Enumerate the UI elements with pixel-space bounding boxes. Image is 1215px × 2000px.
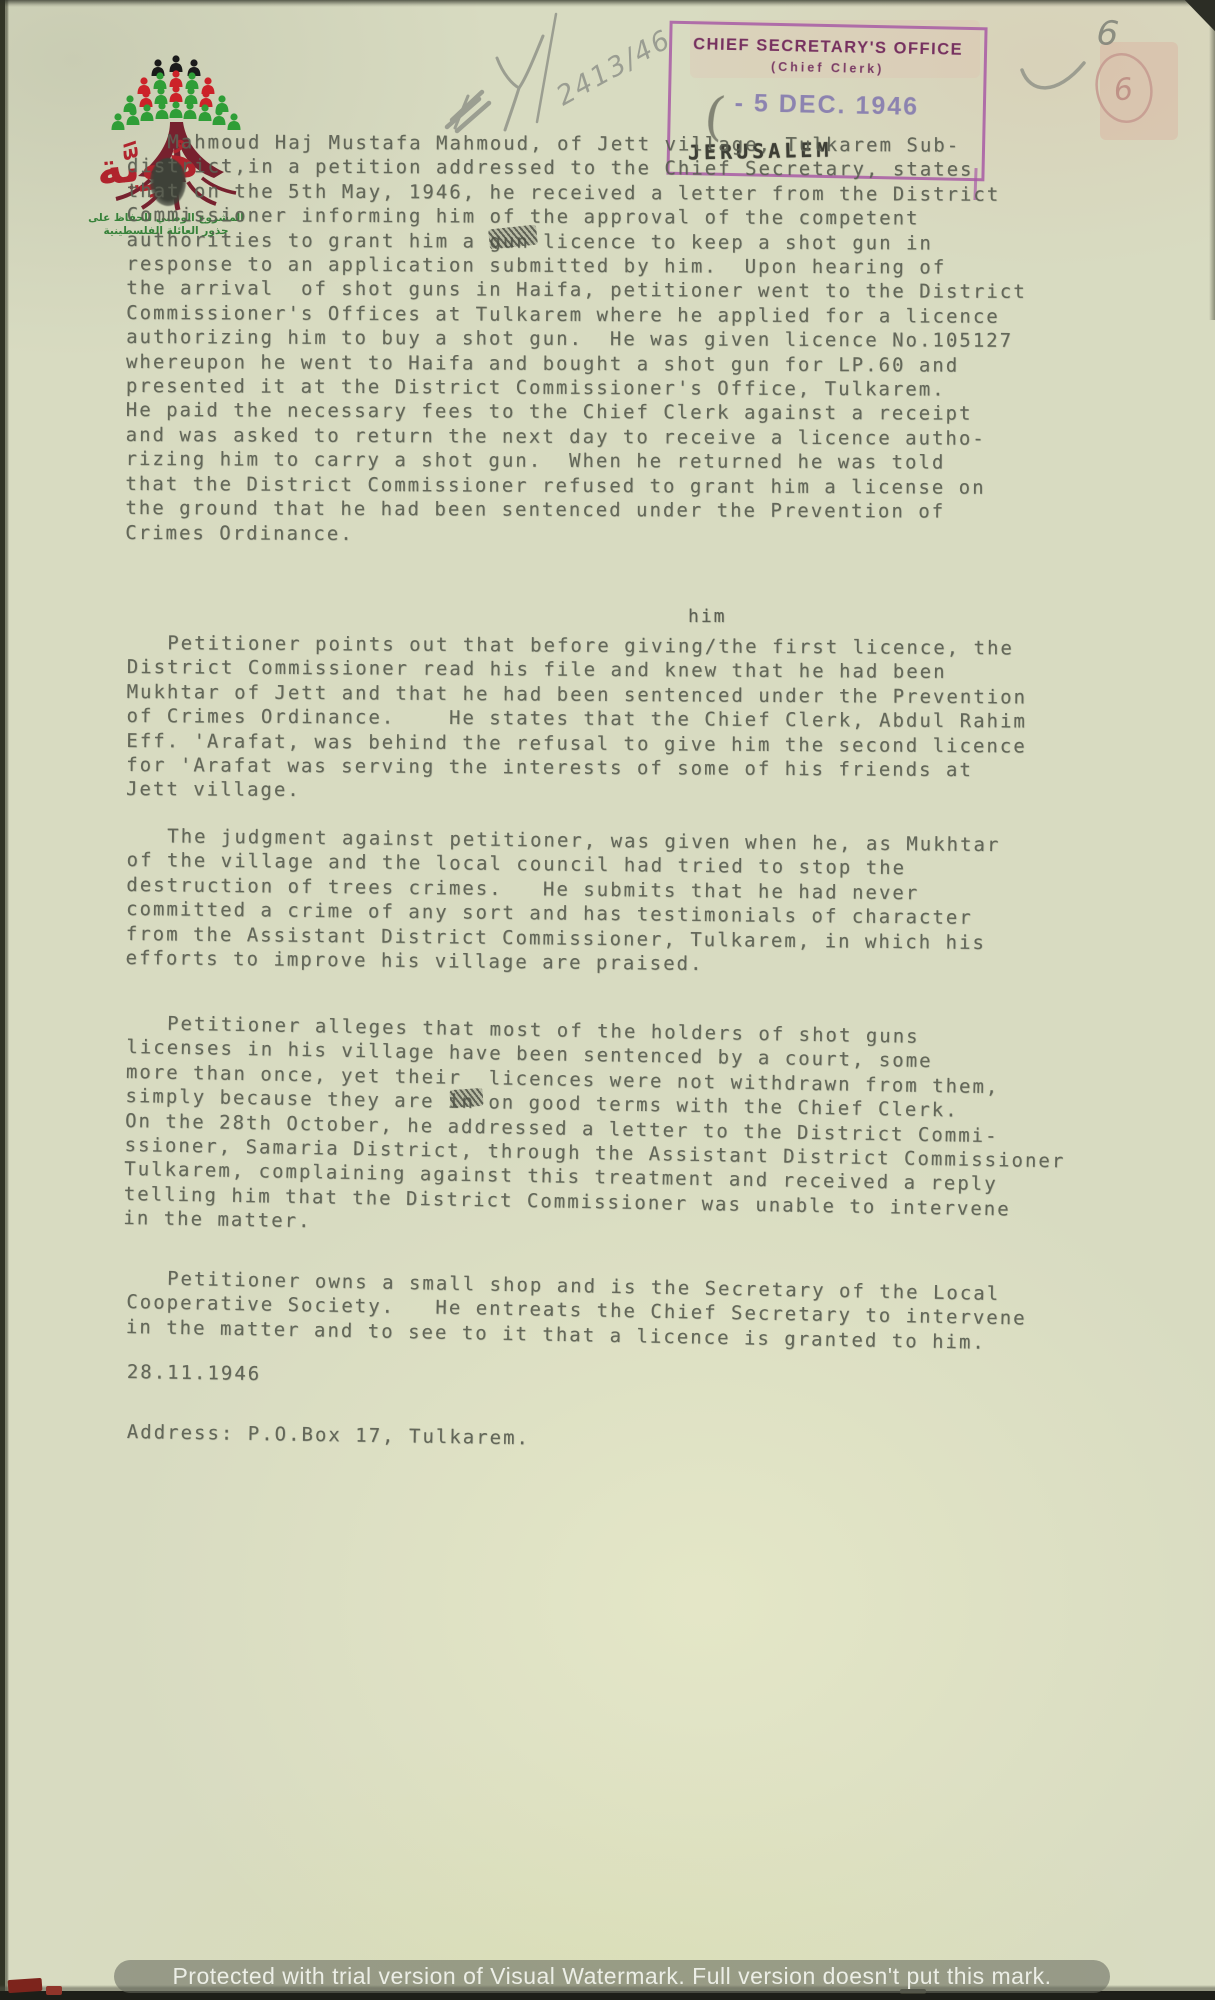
watermark-banner: Protected with trial version of Visual W… <box>114 1960 1110 1993</box>
page-number-pencil: 6 <box>1095 13 1121 55</box>
typed-paragraph-5: Petitioner owns a small shop and is the … <box>126 1266 1028 1356</box>
typed-paragraph-1: Mahmoud Haj Mustafa Mahmoud, of Jett vil… <box>125 130 1027 549</box>
page-edge-left <box>0 0 9 2000</box>
stamp-office-name: CHIEF SECRETARY'S OFFICE <box>672 35 984 61</box>
document-address: Address: P.O.Box 17, Tulkarem. <box>127 1420 531 1451</box>
scan-artifact <box>46 1986 62 1995</box>
scan-artifact <box>8 1978 43 1993</box>
document-date: 28.11.1946 <box>127 1360 262 1387</box>
typed-scratch-out <box>449 1088 483 1108</box>
typed-insertion-him: him <box>688 606 727 627</box>
file-reference: 2413/46 <box>551 24 676 112</box>
typed-paragraph-3: The judgment against petitioner, was giv… <box>125 824 1000 980</box>
typed-paragraph-2: Petitioner points out that before giving… <box>126 631 1027 807</box>
pink-scan-patch <box>1100 42 1178 140</box>
typed-paragraph-4: Petitioner alleges that most of the hold… <box>123 1011 1067 1247</box>
page-edge-top <box>0 0 1215 7</box>
page-edge-right <box>1209 0 1215 320</box>
red-circle <box>1091 49 1158 127</box>
page-number-circled: 6 <box>1112 72 1135 109</box>
document-scan-page: هُوِيَّة المشروع الوطني للحفاظ على جذور … <box>0 0 1215 2000</box>
stamp-office-sub: (Chief Clerk) <box>672 58 984 79</box>
